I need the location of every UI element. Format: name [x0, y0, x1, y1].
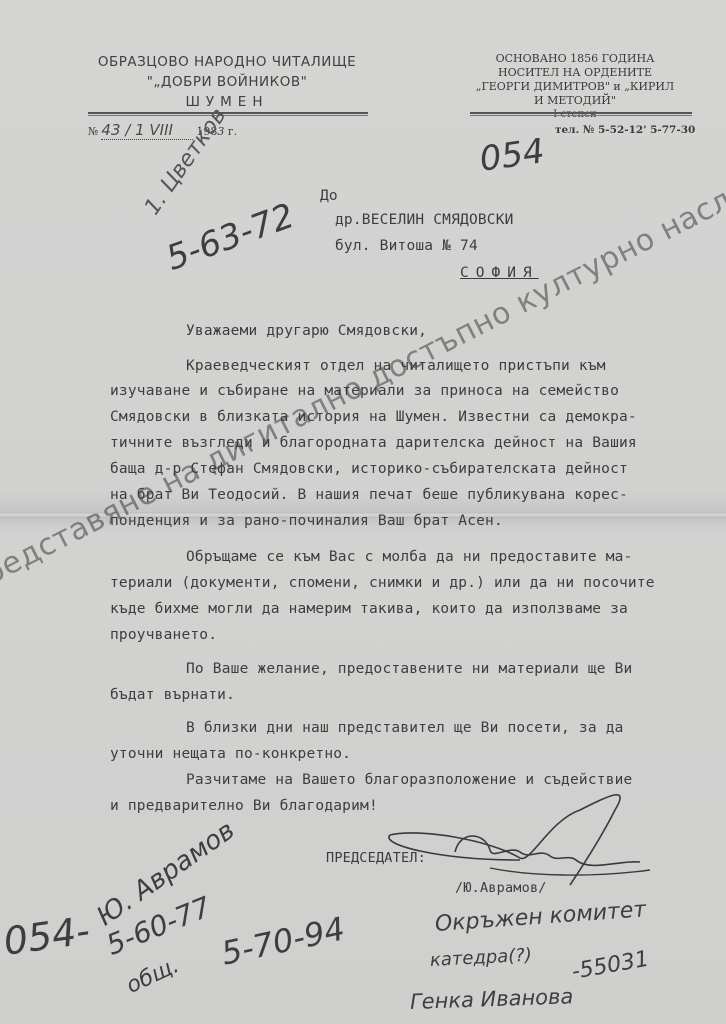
- letter-body-line: тичните възгледи и благородната дарителс…: [110, 435, 637, 451]
- reg-number-handwritten: 43 / 1 VIII: [101, 121, 193, 140]
- org-patron: "„ДОБРИ ВОЙНИКОВ": [86, 72, 368, 92]
- letter-body-line: Смядовски в близката история на Шумен. И…: [110, 409, 637, 425]
- year-suffix: г.: [228, 125, 237, 138]
- letter-body-line: По Ваше желание, предоставените ни матер…: [186, 661, 633, 677]
- address-to: До: [320, 188, 338, 204]
- letter-body-line: уточни нещата по-конкретно.: [110, 746, 351, 762]
- letterhead-rule-right: [470, 112, 692, 116]
- phone-numbers: тел. № 5-52-12' 5-77-30: [555, 124, 695, 136]
- signature-name: /Ю.Аврамов/: [455, 880, 547, 896]
- letter-body-line: понденция и за рано-починалия Ваш брат А…: [110, 513, 503, 529]
- letter-body-line: Разчитаме на Вашето благоразположение и …: [186, 772, 633, 788]
- orders-names: „ГЕОРГИ ДИМИТРОВ" и „КИРИЛ И МЕТОДИЙ": [470, 80, 680, 108]
- reg-prefix: №: [88, 125, 98, 138]
- letter-greeting: Уважаеми другарю Смядовски,: [186, 323, 427, 339]
- letter-body-line: териали (документи, спомени, снимки и др…: [110, 575, 655, 591]
- recipient-city: СОФИЯ: [460, 265, 539, 281]
- recipient-name: др.ВЕСЕЛИН СМЯДОВСКИ: [335, 212, 514, 228]
- founded-line: ОСНОВАНО 1856 ГОДИНА: [470, 52, 680, 66]
- letterhead-organization: ОБРАЗЦОВО НАРОДНО ЧИТАЛИЩЕ "„ДОБРИ ВОЙНИ…: [86, 52, 368, 112]
- recipient-street: бул. Витоша № 74: [335, 238, 478, 254]
- signature-title: ПРЕДСЕДАТЕЛ:: [326, 850, 426, 866]
- letter-body-line: В близки дни наш представител ще Ви посе…: [186, 720, 624, 736]
- letter-body-line: къде бихме могли да намерим такива, коит…: [110, 601, 628, 617]
- letter-body-line: бъдат върнати.: [110, 687, 235, 703]
- letter-body-line: Обръщаме се към Вас с молба да ни предос…: [186, 549, 633, 565]
- org-city: ШУМЕН: [86, 92, 368, 112]
- letter-body-line: проучването.: [110, 627, 217, 643]
- letter-body-line: и предварително Ви благодарим!: [110, 798, 378, 814]
- orders-line: НОСИТЕЛ НА ОРДЕНИТЕ: [470, 66, 680, 80]
- org-name: ОБРАЗЦОВО НАРОДНО ЧИТАЛИЩЕ: [86, 52, 368, 72]
